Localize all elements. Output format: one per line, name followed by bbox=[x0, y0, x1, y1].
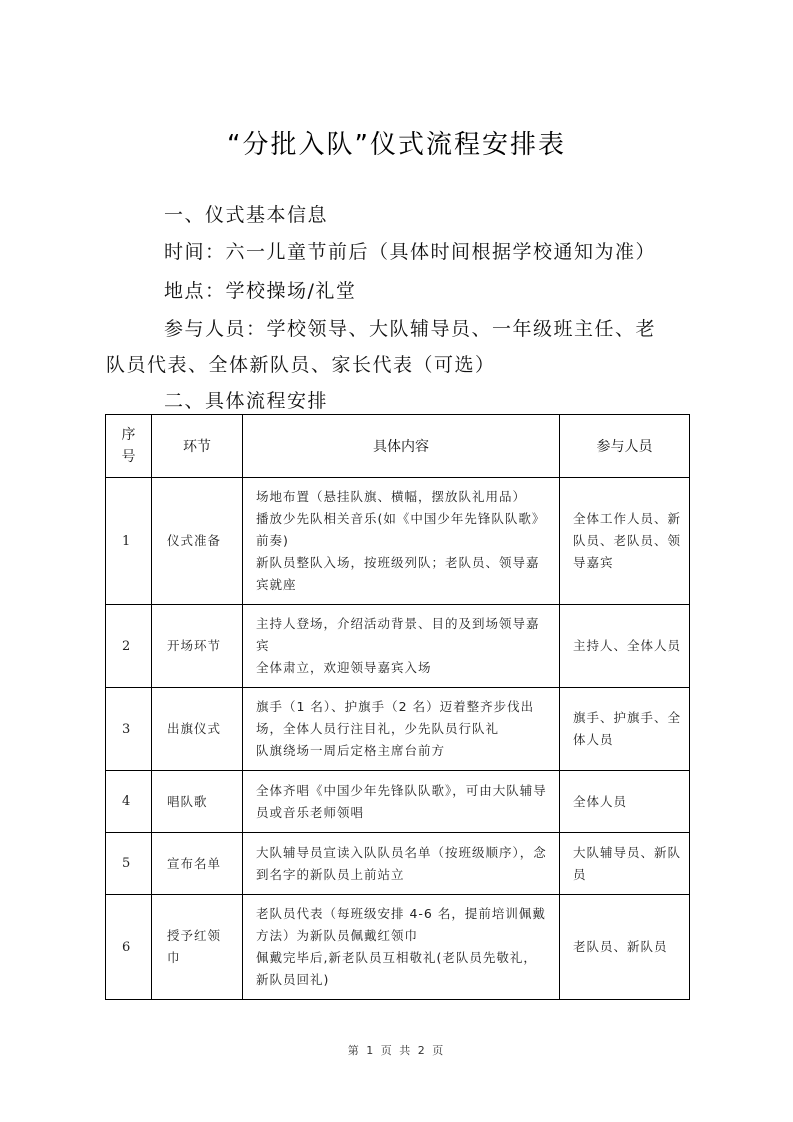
row-no: 2 bbox=[106, 605, 152, 688]
content-line: 旗手（1 名）、护旗手（2 名）迈着整齐步伐出场，全体人员行注目礼，少先队员行队… bbox=[256, 696, 549, 740]
row-people: 旗手、护旗手、全体人员 bbox=[560, 688, 690, 771]
table-header-row: 序号 环节 具体内容 参与人员 bbox=[106, 415, 690, 478]
content-line: 主持人登场，介绍活动背景、目的及到场领导嘉宾 bbox=[256, 613, 549, 657]
section-heading-flow: 二、具体流程安排 bbox=[106, 386, 328, 413]
content-line: 播放少先队相关音乐(如《中国少年先锋队队歌》前奏) bbox=[256, 508, 549, 552]
table-row: 3 出旗仪式 旗手（1 名）、护旗手（2 名）迈着整齐步伐出场，全体人员行注目礼… bbox=[106, 688, 690, 771]
row-step: 仪式准备 bbox=[152, 478, 243, 605]
row-people: 全体工作人员、新队员、老队员、领导嘉宾 bbox=[560, 478, 690, 605]
flow-table: 序号 环节 具体内容 参与人员 1 仪式准备 场地布置（悬挂队旗、横幅，摆放队礼… bbox=[105, 414, 690, 1000]
row-content: 老队员代表（每班级安排 4-6 名，提前培训佩戴方法）为新队员佩戴红领巾 佩戴完… bbox=[243, 895, 560, 1000]
row-no: 3 bbox=[106, 688, 152, 771]
table-row: 4 唱队歌 全体齐唱《中国少年先锋队队歌》，可由大队辅导员或音乐老师领唱 全体人… bbox=[106, 771, 690, 833]
header-content: 具体内容 bbox=[243, 415, 560, 478]
participants-line-2: 队员代表、全体新队员、家长代表（可选） bbox=[106, 350, 496, 377]
row-step: 唱队歌 bbox=[152, 771, 243, 833]
page-indicator: 第 1 页 共 2 页 bbox=[0, 1042, 793, 1058]
table-row: 5 宣布名单 大队辅导员宣读入队队员名单（按班级顺序），念到名字的新队员上前站立… bbox=[106, 833, 690, 895]
content-line: 场地布置（悬挂队旗、横幅，摆放队礼用品） bbox=[256, 486, 549, 508]
section-heading-basic-info: 一、仪式基本信息 bbox=[106, 200, 328, 227]
row-no: 6 bbox=[106, 895, 152, 1000]
content-line: 佩戴完毕后,新老队员互相敬礼(老队员先敬礼，新队员回礼) bbox=[256, 947, 549, 991]
page-title: “分批入队”仪式流程安排表 bbox=[0, 124, 793, 161]
row-content: 旗手（1 名）、护旗手（2 名）迈着整齐步伐出场，全体人员行注目礼，少先队员行队… bbox=[243, 688, 560, 771]
row-step: 宣布名单 bbox=[152, 833, 243, 895]
header-no: 序号 bbox=[106, 415, 152, 478]
row-step: 授予红领巾 bbox=[152, 895, 243, 1000]
content-line: 新队员整队入场，按班级列队；老队员、领导嘉宾就座 bbox=[256, 552, 549, 596]
row-content: 全体齐唱《中国少年先锋队队歌》，可由大队辅导员或音乐老师领唱 bbox=[243, 771, 560, 833]
header-step: 环节 bbox=[152, 415, 243, 478]
content-line: 队旗绕场一周后定格主席台前方 bbox=[256, 740, 549, 762]
table-row: 1 仪式准备 场地布置（悬挂队旗、横幅，摆放队礼用品） 播放少先队相关音乐(如《… bbox=[106, 478, 690, 605]
row-no: 1 bbox=[106, 478, 152, 605]
participants-line-1: 参与人员：学校领导、大队辅导员、一年级班主任、老 bbox=[106, 314, 656, 341]
row-no: 5 bbox=[106, 833, 152, 895]
content-line: 大队辅导员宣读入队队员名单（按班级顺序），念到名字的新队员上前站立 bbox=[256, 842, 549, 886]
content-line: 全体齐唱《中国少年先锋队队歌》，可由大队辅导员或音乐老师领唱 bbox=[256, 780, 549, 824]
time-line: 时间：六一儿童节前后（具体时间根据学校通知为准） bbox=[106, 237, 656, 264]
place-line: 地点：学校操场/礼堂 bbox=[106, 276, 356, 303]
table-row: 2 开场环节 主持人登场，介绍活动背景、目的及到场领导嘉宾 全体肃立，欢迎领导嘉… bbox=[106, 605, 690, 688]
row-step: 开场环节 bbox=[152, 605, 243, 688]
table-row: 6 授予红领巾 老队员代表（每班级安排 4-6 名，提前培训佩戴方法）为新队员佩… bbox=[106, 895, 690, 1000]
row-people: 主持人、全体人员 bbox=[560, 605, 690, 688]
content-line: 全体肃立，欢迎领导嘉宾入场 bbox=[256, 657, 549, 679]
row-content: 主持人登场，介绍活动背景、目的及到场领导嘉宾 全体肃立，欢迎领导嘉宾入场 bbox=[243, 605, 560, 688]
row-people: 全体人员 bbox=[560, 771, 690, 833]
row-people: 老队员、新队员 bbox=[560, 895, 690, 1000]
row-no: 4 bbox=[106, 771, 152, 833]
row-people: 大队辅导员、新队员 bbox=[560, 833, 690, 895]
header-people: 参与人员 bbox=[560, 415, 690, 478]
row-content: 场地布置（悬挂队旗、横幅，摆放队礼用品） 播放少先队相关音乐(如《中国少年先锋队… bbox=[243, 478, 560, 605]
content-line: 老队员代表（每班级安排 4-6 名，提前培训佩戴方法）为新队员佩戴红领巾 bbox=[256, 903, 549, 947]
row-step: 出旗仪式 bbox=[152, 688, 243, 771]
row-content: 大队辅导员宣读入队队员名单（按班级顺序），念到名字的新队员上前站立 bbox=[243, 833, 560, 895]
